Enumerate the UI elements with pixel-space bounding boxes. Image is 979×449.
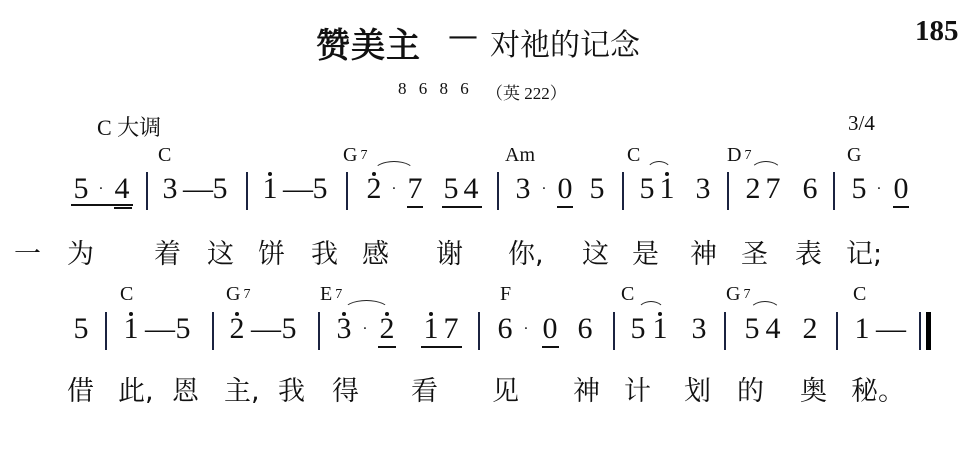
- note: 5: [209, 174, 231, 204]
- chord: E7: [320, 283, 342, 306]
- note: 2: [226, 314, 248, 344]
- chord: G: [847, 144, 861, 167]
- lyric: 饼: [258, 240, 285, 270]
- lyric: 我: [278, 377, 305, 407]
- note: 5: [70, 174, 92, 204]
- note: 5: [848, 174, 870, 204]
- underline: [378, 346, 396, 348]
- lyric: 秘。: [851, 377, 905, 407]
- augmentation-dot: ·: [537, 174, 551, 204]
- octave-dot: [235, 312, 239, 316]
- chord: C: [120, 283, 133, 306]
- lyric: 圣: [741, 240, 768, 270]
- lyric: 恩: [172, 377, 199, 407]
- note: 5: [70, 314, 92, 344]
- octave-dot: [342, 312, 346, 316]
- tie: [373, 161, 415, 172]
- note: 1: [120, 314, 142, 344]
- title-separator: —: [448, 19, 478, 54]
- meter: 8 6 8 6: [398, 79, 473, 99]
- note: 5: [627, 314, 649, 344]
- bar-line: [622, 172, 624, 210]
- note: 3: [512, 174, 534, 204]
- lyric: 着: [154, 240, 181, 270]
- augmentation-dot: ·: [872, 174, 886, 204]
- bar-line: [833, 172, 835, 210]
- underline: [542, 346, 559, 348]
- bar-line: [613, 312, 615, 350]
- lyric: 一: [14, 240, 41, 270]
- chord: C: [621, 283, 634, 306]
- note: 0: [539, 314, 561, 344]
- note: 6: [574, 314, 596, 344]
- chord: G7: [726, 283, 750, 306]
- tie: [637, 301, 665, 312]
- underline: [421, 346, 462, 348]
- augmentation-dot: ·: [358, 314, 372, 344]
- note: 3: [159, 174, 181, 204]
- note: 1: [656, 174, 678, 204]
- note: 3: [692, 174, 714, 204]
- octave-dot: [665, 172, 669, 176]
- note: 4: [111, 174, 133, 204]
- note: 3: [688, 314, 710, 344]
- chord: F: [500, 283, 511, 306]
- bar-line: [497, 172, 499, 210]
- note: 5: [440, 174, 462, 204]
- hymn-number: 185: [915, 15, 959, 48]
- underline: [557, 206, 573, 208]
- key-signature: C 大调: [97, 111, 161, 142]
- note: 5: [309, 174, 331, 204]
- note: 2: [363, 174, 385, 204]
- lyric: 此,: [118, 377, 154, 407]
- note: 0: [554, 174, 576, 204]
- chord: G7: [226, 283, 250, 306]
- octave-dot: [268, 172, 272, 176]
- bar-line: [105, 312, 107, 350]
- note: 1: [851, 314, 873, 344]
- note: 5: [741, 314, 763, 344]
- lyric: 记;: [846, 240, 882, 270]
- note: 1: [649, 314, 671, 344]
- note: 4: [460, 174, 482, 204]
- augmentation-dot: ·: [519, 314, 533, 344]
- lyric: 是: [632, 240, 659, 270]
- note: 7: [404, 174, 426, 204]
- note: 0: [890, 174, 912, 204]
- bar-line: [727, 172, 729, 210]
- lyric: 借: [67, 377, 94, 407]
- lyric: 得: [332, 377, 359, 407]
- note: 2: [742, 174, 764, 204]
- lyric: 看: [411, 377, 438, 407]
- english-hymn-reference: （英 222）: [486, 79, 567, 104]
- note: 2: [376, 314, 398, 344]
- lyric: 这: [207, 240, 234, 270]
- augmentation-dot: ·: [94, 174, 108, 204]
- bar-line: [478, 312, 480, 350]
- underline: [71, 204, 133, 206]
- lyric: 计: [624, 377, 651, 407]
- bar-line: [346, 172, 348, 210]
- chord: C: [158, 144, 171, 167]
- lyric: 划: [684, 377, 711, 407]
- note: 5: [278, 314, 300, 344]
- octave-dot: [385, 312, 389, 316]
- hold-dash: —: [251, 314, 275, 344]
- lyric: 表: [795, 240, 822, 270]
- chord: C: [627, 144, 640, 167]
- lyric: 这: [582, 240, 609, 270]
- note: 6: [494, 314, 516, 344]
- octave-dot: [372, 172, 376, 176]
- lyric: 你,: [508, 240, 544, 270]
- note: 7: [762, 174, 784, 204]
- note: 3: [333, 314, 355, 344]
- tie: [750, 161, 782, 172]
- underline: [442, 206, 482, 208]
- chord: C: [853, 283, 866, 306]
- lyric: 感: [362, 240, 389, 270]
- lyric: 神: [690, 240, 717, 270]
- bar-line: [836, 312, 838, 350]
- hymn-subtitle: 对祂的记念: [490, 20, 640, 64]
- note: 6: [799, 174, 821, 204]
- octave-dot: [129, 312, 133, 316]
- note: 5: [586, 174, 608, 204]
- underline: [893, 206, 909, 208]
- chord: G7: [343, 144, 367, 167]
- bar-line: [318, 312, 320, 350]
- note: 1: [259, 174, 281, 204]
- time-signature: 3/4: [848, 111, 875, 136]
- bar-line: [146, 172, 148, 210]
- bar-line: [724, 312, 726, 350]
- final-bar-thin: [919, 312, 921, 350]
- lyric: 的: [737, 377, 764, 407]
- hold-dash: —: [283, 174, 307, 204]
- bar-line: [246, 172, 248, 210]
- octave-dot: [658, 312, 662, 316]
- lyric: 神: [573, 377, 600, 407]
- note: 5: [636, 174, 658, 204]
- tie: [646, 161, 672, 172]
- lyric: 奥: [800, 377, 827, 407]
- note: 4: [762, 314, 784, 344]
- lyric: 主,: [224, 377, 260, 407]
- augmentation-dot: ·: [387, 174, 401, 204]
- hold-dash: —: [145, 314, 169, 344]
- bar-line: [212, 312, 214, 350]
- tie: [749, 301, 781, 312]
- underline: [407, 206, 423, 208]
- note: 2: [799, 314, 821, 344]
- hymn-title: 赞美主: [316, 18, 421, 67]
- hold-dash: —: [183, 174, 207, 204]
- note: 7: [440, 314, 462, 344]
- lyric: 见: [492, 377, 519, 407]
- octave-dot: [429, 312, 433, 316]
- lyric: 谢: [436, 240, 463, 270]
- lyric: 我: [311, 240, 338, 270]
- lyric: 为: [67, 240, 94, 270]
- note: 5: [172, 314, 194, 344]
- hold-dash: —: [876, 314, 900, 344]
- underline: [114, 207, 132, 209]
- note: 1: [420, 314, 442, 344]
- chord: D7: [727, 144, 751, 167]
- chord: Am: [505, 144, 535, 167]
- final-bar-thick: [926, 312, 931, 350]
- tie: [343, 300, 390, 311]
